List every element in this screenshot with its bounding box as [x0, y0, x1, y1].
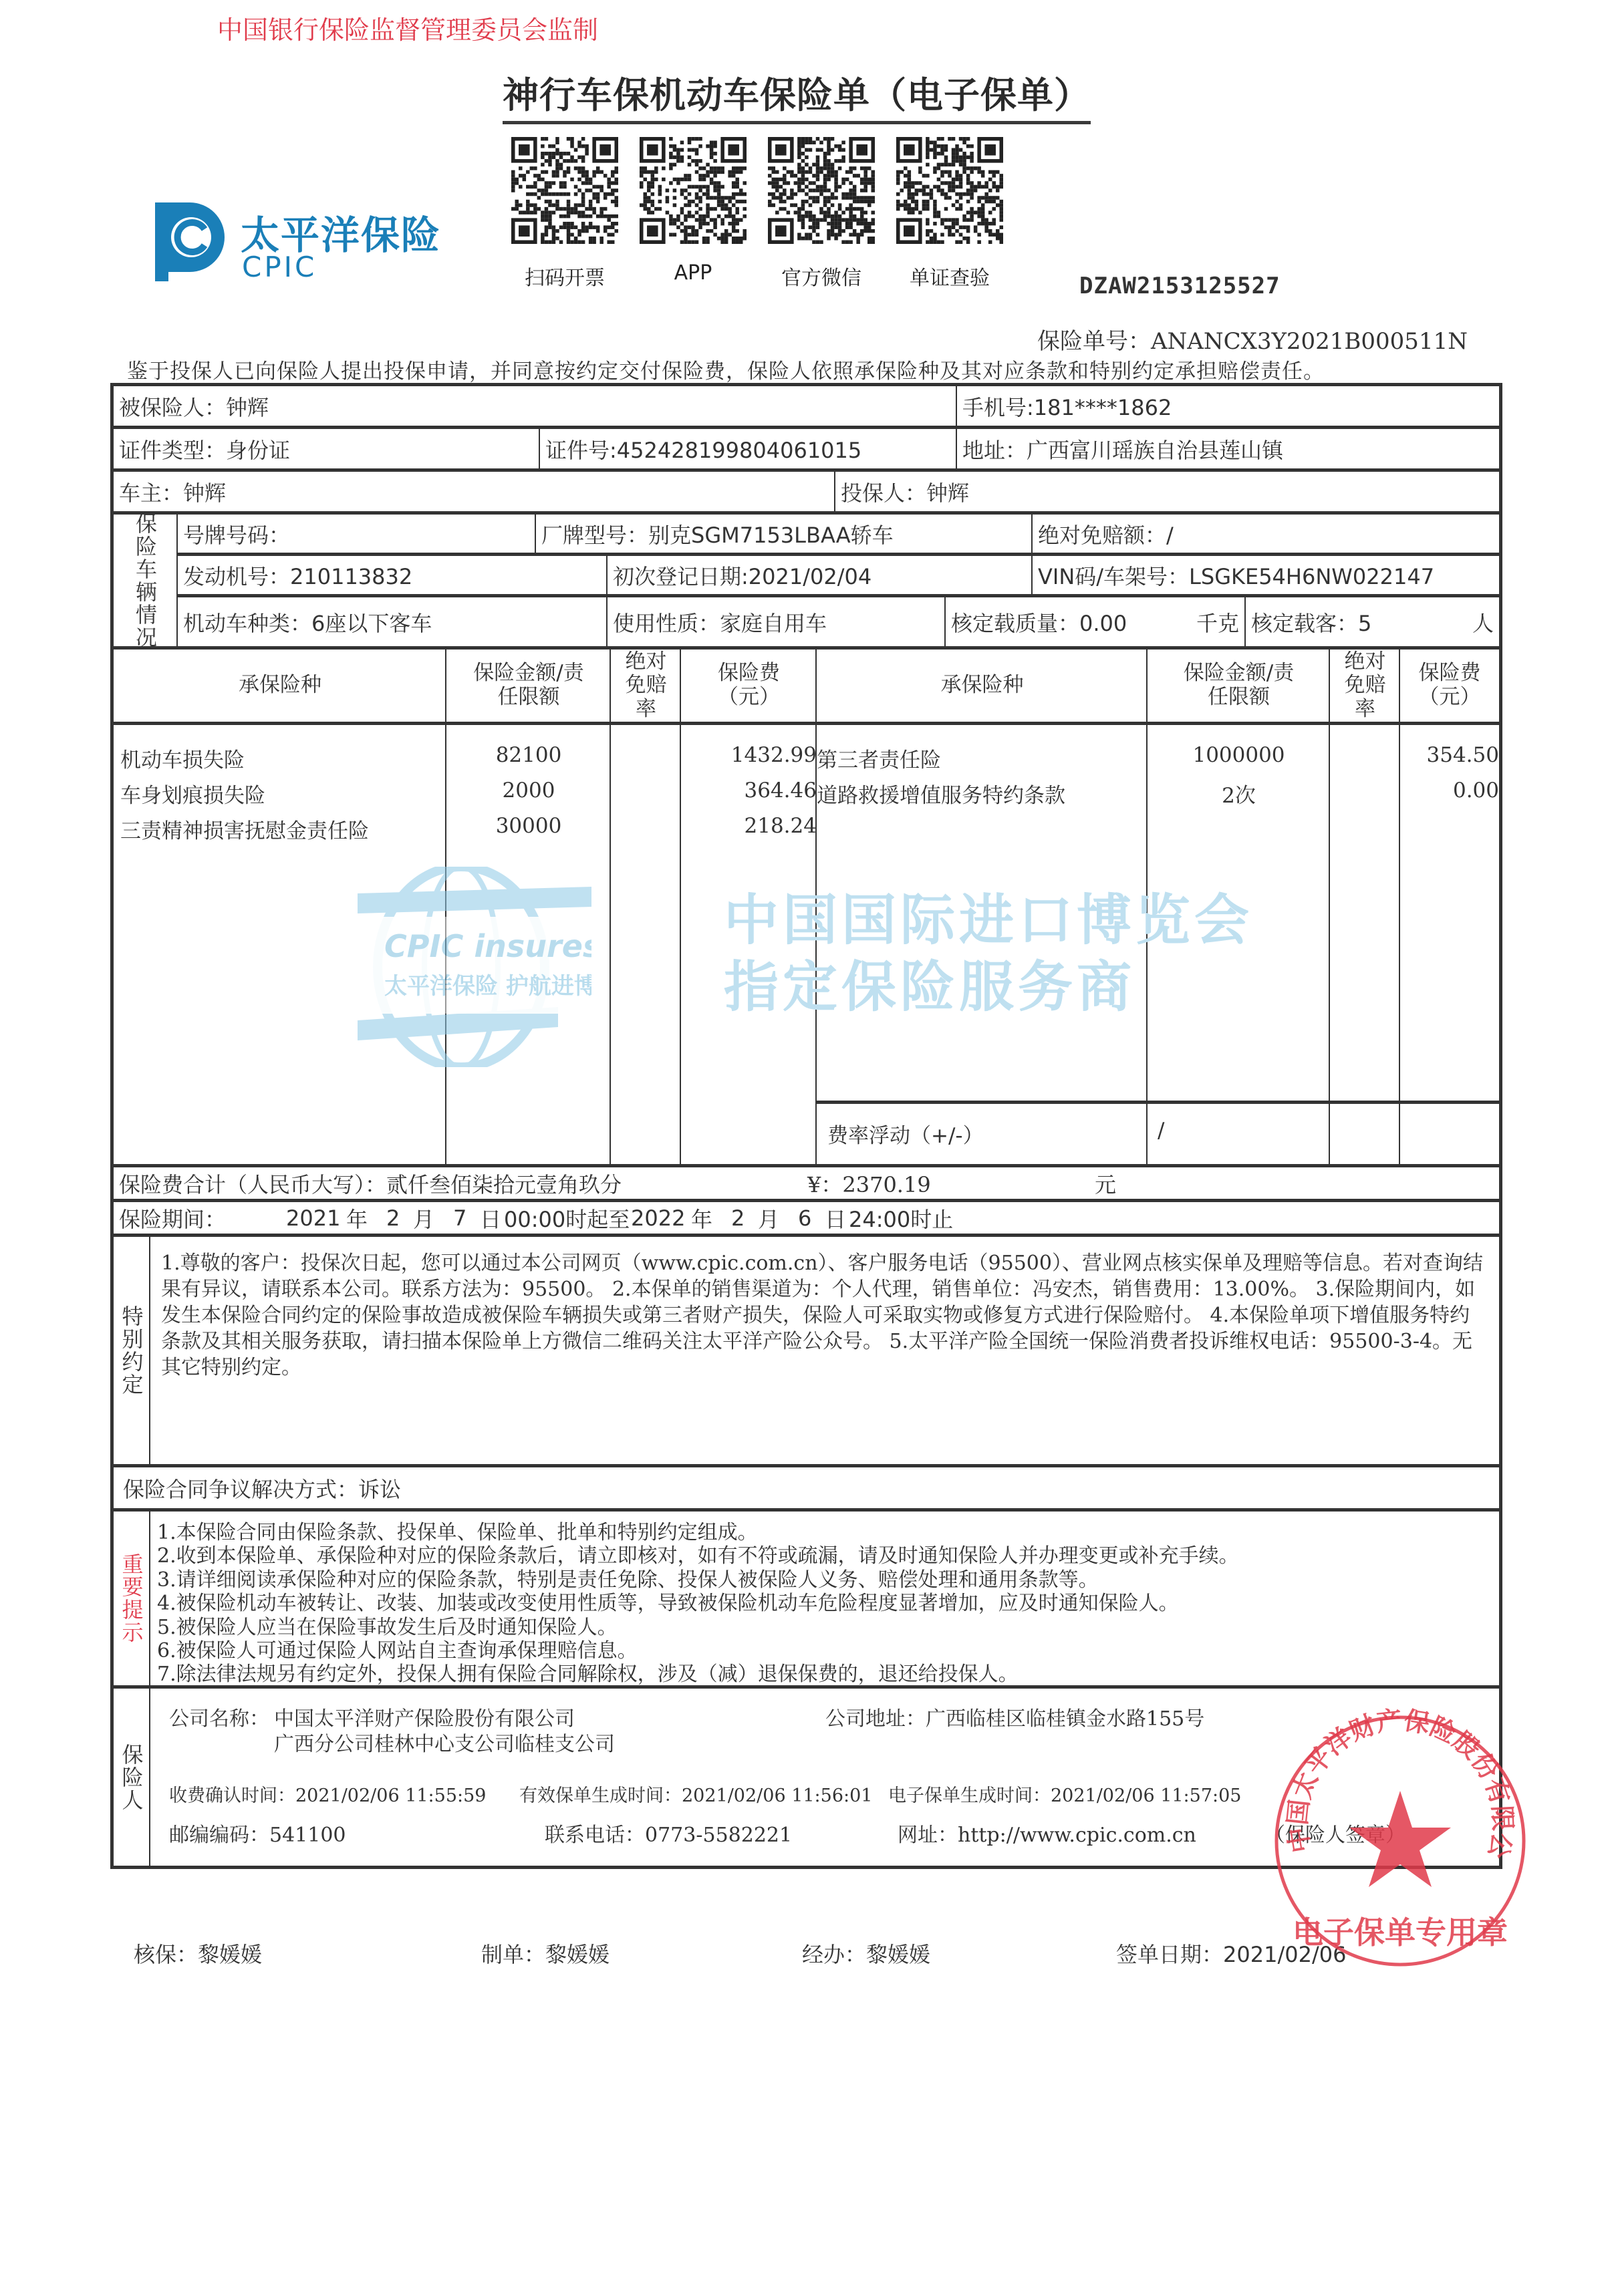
- end-month: 2: [731, 1205, 758, 1231]
- vehicle-section: 保险车辆情况 号牌号码： 厂牌型号：别克SGM7153LBAA轿车 绝对免赔额：…: [114, 515, 1499, 650]
- qr-verify[interactable]: 单证查验: [893, 137, 1007, 291]
- day-unit: 日: [480, 1203, 504, 1234]
- company-name-line2: 广西分公司桂林中心支公司临桂支公司: [274, 1727, 615, 1757]
- header-amount-left: 保险金额/责任限额: [446, 650, 611, 722]
- end-time: 24:00时止: [849, 1203, 953, 1234]
- coverage-premium: 354.50: [1400, 743, 1499, 767]
- header-premium-right: 保险费（元）: [1400, 650, 1499, 722]
- coverage-amount: 1000000: [1148, 743, 1330, 767]
- coverage-premium: 364.46: [681, 778, 817, 803]
- cpic-ciie-watermark-icon: CPIC insures CIIE 太平洋保险 护航进博会: [344, 867, 591, 1067]
- period-row: 保险期间： 2021 年 2 月 7 日 00:00时起至 2022 年 2 月…: [114, 1202, 1499, 1237]
- company-name-label: 公司名称：: [169, 1702, 269, 1731]
- coverage-amount: 82100: [446, 743, 611, 767]
- qr-code-icon: [896, 137, 1003, 244]
- vehicle-owner: 车主：钟辉: [114, 472, 835, 511]
- special-terms-label: 特别约定: [114, 1237, 150, 1464]
- insurance-period: 保险期间： 2021 年 2 月 7 日 00:00时起至 2022 年 2 月…: [114, 1202, 1499, 1234]
- start-day: 7: [453, 1205, 480, 1231]
- header-deductible-rate-left: 绝对免赔率: [611, 650, 681, 722]
- qr-app[interactable]: APP: [636, 137, 750, 291]
- important-notice-item: 5.被保险人应当在保险事故发生后及时通知保险人。: [157, 1616, 618, 1639]
- brand-name-en: CPIC: [242, 251, 317, 283]
- qr-label: 官方微信: [781, 261, 861, 291]
- coverage-premium: 1432.99: [681, 743, 817, 767]
- header-premium-left: 保险费（元）: [681, 650, 817, 722]
- total-premium-unit: 元: [1089, 1167, 1499, 1199]
- effective-policy-time: 有效保单生成时间：2021/02/06 11:56:01: [519, 1781, 872, 1807]
- coverage-amount: 2次: [1148, 778, 1330, 809]
- rated-load-value: 核定载质量：0.00: [951, 607, 1127, 637]
- qr-code-icon: [768, 137, 875, 244]
- rated-load-unit: 千克: [1196, 607, 1239, 637]
- rate-float-value: /: [1158, 1119, 1164, 1143]
- special-terms-text: 1.尊敬的客户：投保次日起，您可以通过本公司网页（www.cpic.com.cn…: [150, 1237, 1499, 1464]
- important-notice-item: 4.被保险机动车被转让、改装、加装或改变使用性质等，导致被保险机动车危险程度显著…: [157, 1592, 1179, 1615]
- rated-load: 核定载质量：0.00 千克: [946, 597, 1246, 646]
- dispute-row: 保险合同争议解决方式：诉讼: [114, 1467, 1499, 1512]
- insured-address: 地址：广西富川瑶族自治县莲山镇: [957, 429, 1499, 468]
- important-notice-item: 1.本保险合同由保险条款、投保单、保险单、批单和特别约定组成。: [157, 1521, 758, 1544]
- id-number: 证件号:452428199804061015: [540, 429, 957, 468]
- plate-number: 号牌号码：: [178, 515, 536, 553]
- coverage-name: 三责精神损害抚慰金责任险: [120, 814, 369, 844]
- qr-code-icon: [640, 137, 747, 244]
- policy-form: 被保险人：钟辉 手机号:181****1862 证件类型：身份证 证件号:452…: [110, 383, 1502, 1869]
- start-year: 2021: [286, 1205, 346, 1231]
- start-month: 2: [386, 1205, 413, 1231]
- rated-seats-unit: 人: [1472, 607, 1494, 637]
- important-notice-label: 重要提示: [114, 1512, 150, 1685]
- qr-code-row: 扫码开票 APP 官方微信 单证查验: [508, 137, 1007, 291]
- header-coverage-type-left: 承保险种: [114, 650, 446, 722]
- coverage-name: 机动车损失险: [120, 743, 245, 773]
- vehicle-type: 机动车种类：6座以下客车: [178, 597, 608, 646]
- engine-number: 发动机号：210113832: [178, 556, 608, 594]
- coverage-table: CPIC insures CIIE 太平洋保险 护航进博会 中国国际进口博览会 …: [114, 650, 1499, 1167]
- month-unit: 月: [413, 1203, 453, 1234]
- vehicle-section-label: 保险车辆情况: [114, 515, 178, 646]
- page-title: 神行车保机动车保险单（电子保单）: [503, 67, 1091, 124]
- watermark-line-2: 指定保险服务商: [724, 944, 1135, 1022]
- policy-number: 保险单号：ANANCX3Y2021B000511N: [1037, 323, 1468, 355]
- header-coverage-type-right: 承保险种: [817, 650, 1148, 722]
- cpic-logo-icon: [155, 202, 229, 281]
- end-year: 2022: [631, 1205, 691, 1231]
- first-registration-date: 初次登记日期:2021/02/04: [608, 556, 1033, 594]
- svg-text:电子保单专用章: 电子保单专用章: [1293, 1914, 1508, 1951]
- id-row: 证件类型：身份证 证件号:452428199804061015 地址：广西富川瑶…: [114, 429, 1499, 472]
- coverage-name: 道路救援增值服务特约条款: [817, 778, 1065, 809]
- dispute-resolution: 保险合同争议解决方式：诉讼: [114, 1467, 1499, 1508]
- company-website[interactable]: 网址：http://www.cpic.com.cn: [898, 1818, 1196, 1848]
- important-notice-item: 3.请详细阅读承保险种对应的保险条款，特别是责任免除、投保人被保险人义务、赔偿处…: [157, 1568, 1099, 1592]
- postcode: 邮编编码：541100: [169, 1818, 346, 1848]
- coverage-name: 车身划痕损失险: [120, 778, 265, 809]
- regulator-notice: 中国银行保险监督管理委员会监制: [217, 9, 598, 46]
- underwriter: 核保：黎媛媛: [134, 1938, 262, 1969]
- applicant: 投保人：钟辉: [835, 472, 1499, 511]
- qr-label: APP: [674, 261, 712, 285]
- coverage-name: 第三者责任险: [817, 743, 941, 773]
- usage-type: 使用性质：家庭自用车: [608, 597, 946, 646]
- coverage-premium: 218.24: [681, 814, 817, 838]
- rated-seats-value: 核定载客：5: [1251, 607, 1371, 637]
- id-type: 证件类型：身份证: [114, 429, 540, 468]
- vehicle-model: 厂牌型号：别克SGM7153LBAA轿车: [536, 515, 1033, 553]
- insurer-label: 保险人: [114, 1689, 150, 1866]
- svg-text:CPIC insures CIIE: CPIC insures CIIE: [384, 928, 591, 964]
- important-notice-item: 7.除法律法规另有约定外，投保人拥有保险合同解除权，涉及（减）退保保费的，退还给…: [157, 1663, 1019, 1685]
- total-premium-amount: ¥：2370.19: [802, 1167, 1089, 1199]
- payment-confirm-time: 收费确认时间：2021/02/06 11:55:59: [169, 1781, 486, 1807]
- qr-label: 单证查验: [910, 261, 990, 291]
- important-notice-item: 2.收到本保险单、承保险种对应的保险条款后，请立即核对，如有不符或疏漏，请及时通…: [157, 1544, 1239, 1568]
- company-seal-icon: 中国太平洋财产保险股份有限公司广西分公司 电子保单专用章: [1266, 1691, 1534, 1991]
- qr-label: 扫码开票: [525, 261, 605, 291]
- qr-wechat[interactable]: 官方微信: [765, 137, 878, 291]
- insured-phone: 手机号:181****1862: [957, 386, 1499, 426]
- insured-row: 被保险人：钟辉 手机号:181****1862: [114, 386, 1499, 429]
- special-terms-section: 特别约定 1.尊敬的客户：投保次日起，您可以通过本公司网页（www.cpic.c…: [114, 1237, 1499, 1467]
- insured-name: 被保险人：钟辉: [114, 386, 957, 426]
- end-day: 6: [798, 1205, 825, 1231]
- year-unit: 年: [346, 1203, 386, 1234]
- contact-phone: 联系电话：0773-5582221: [545, 1818, 792, 1848]
- coverage-amount: 2000: [446, 778, 611, 803]
- day-unit: 日: [825, 1203, 849, 1234]
- epolicy-generated-time: 电子保单生成时间：2021/02/06 11:57:05: [888, 1781, 1241, 1807]
- total-premium-row: 保险费合计（人民币大写）：贰仟叁佰柒拾元壹角玖分 ¥：2370.19 元: [114, 1167, 1499, 1202]
- coverage-header: 承保险种 保险金额/责任限额 绝对免赔率 保险费（元） 承保险种 保险金额/责任…: [114, 650, 1499, 725]
- preparer: 制单：黎媛媛: [481, 1938, 610, 1969]
- qr-code-icon: [511, 137, 618, 244]
- total-premium-words: 保险费合计（人民币大写）：贰仟叁佰柒拾元壹角玖分: [114, 1167, 802, 1199]
- absolute-deductible: 绝对免赔额：/: [1033, 515, 1499, 553]
- rate-float-box: 费率浮动（+/-） /: [817, 1101, 1499, 1164]
- svg-text:太平洋保险 护航进博会: 太平洋保险 护航进博会: [384, 973, 591, 1000]
- owner-row: 车主：钟辉 投保人：钟辉: [114, 472, 1499, 515]
- header-deductible-rate-right: 绝对免赔率: [1330, 650, 1400, 722]
- header-amount-right: 保险金额/责任限额: [1148, 650, 1330, 722]
- doc-serial-number: DZAW2153125527: [1079, 273, 1281, 299]
- month-unit: 月: [758, 1203, 798, 1234]
- cpic-logo: 太平洋保险 CPIC: [155, 197, 462, 284]
- important-notice-list: 1.本保险合同由保险条款、投保单、保险单、批单和特别约定组成。2.收到本保险单、…: [150, 1512, 1499, 1685]
- coverage-amount: 30000: [446, 814, 611, 838]
- rate-float-label: 费率浮动（+/-）: [827, 1119, 984, 1149]
- coverage-premium: 0.00: [1400, 778, 1499, 803]
- start-time: 00:00时起至: [504, 1203, 631, 1234]
- vin-number: VIN码/车架号：LSGKE54H6NW022147: [1033, 556, 1499, 594]
- handler: 经办：黎媛媛: [802, 1938, 930, 1969]
- rated-seats: 核定载客：5 人: [1246, 597, 1499, 646]
- intro-statement: 鉴于投保人已向保险人提出投保申请，并同意按约定交付保险费，保险人依照承保险种及其…: [127, 354, 1325, 384]
- important-notice-item: 6.被保险人可通过保险人网站自主查询承保理赔信息。: [157, 1639, 638, 1663]
- period-label: 保险期间：: [119, 1203, 286, 1234]
- year-unit: 年: [691, 1203, 731, 1234]
- company-address: 公司地址：广西临桂区临桂镇金水路155号: [825, 1702, 1204, 1731]
- qr-scan-invoice[interactable]: 扫码开票: [508, 137, 622, 291]
- important-notice-section: 重要提示 1.本保险合同由保险条款、投保单、保险单、批单和特别约定组成。2.收到…: [114, 1512, 1499, 1689]
